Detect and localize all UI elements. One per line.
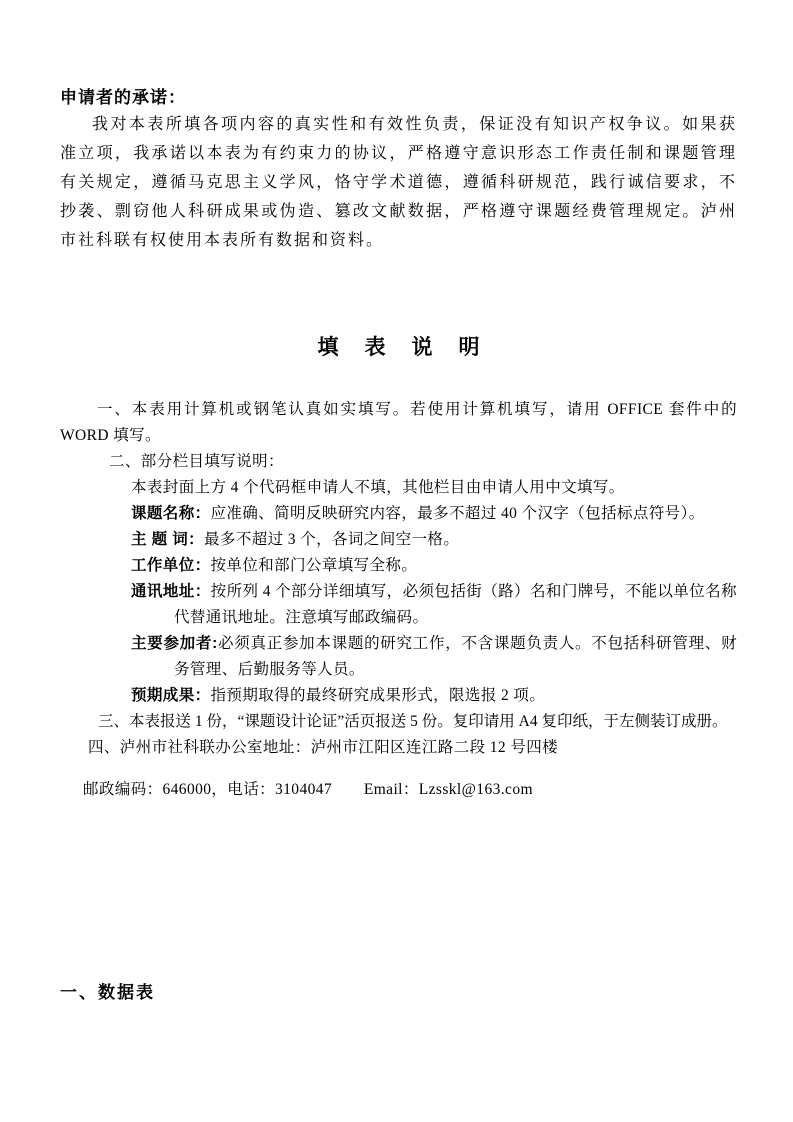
spec-text: 最多不超过 3 个，各词之间空一格。 — [204, 531, 459, 548]
spec-text: 指预期取得的最终研究成果形式，限选报 2 项。 — [211, 687, 546, 704]
spec-item-work-unit: 工作单位：按单位和部门公章填写全称。 — [60, 553, 737, 579]
spec-label: 主要参加者: — [131, 635, 218, 652]
instruction-item-3: 三、本表报送 1 份，“课题设计论证”活页报送 5 份。复印请用 A4 复印纸，… — [60, 709, 737, 735]
spec-item-expected-results: 预期成果：指预期取得的最终研究成果形式，限选报 2 项。 — [60, 683, 737, 709]
instruction-item-2: 二、部分栏目填写说明： — [60, 449, 737, 475]
spec-text: 应准确、简明反映研究内容，最多不超过 40 个汉字（包括标点符号）。 — [211, 505, 705, 522]
contact-info-line: 邮政编码：646000，电话：3104047 Email：Lzsskl@163.… — [60, 777, 737, 803]
instruction-item-2-note: 本表封面上方 4 个代码框申请人不填，其他栏目由申请人用中文填写。 — [60, 475, 737, 501]
instruction-item-4: 四、泸州市社科联办公室地址：泸州市江阳区连江路二段 12 号四楼 — [60, 735, 737, 761]
spec-label: 课题名称： — [131, 505, 211, 522]
spec-item-main-participants: 主要参加者:必须真正参加本课题的研究工作，不含课题负责人。不包括科研管理、财务管… — [60, 631, 737, 683]
form-instructions-title: 填表说明 — [60, 333, 737, 363]
spec-label: 工作单位： — [131, 557, 211, 574]
data-table-section-heading: 一、数据表 — [60, 981, 737, 1005]
spec-item-topic-name: 课题名称：应准确、简明反映研究内容，最多不超过 40 个汉字（包括标点符号）。 — [60, 501, 737, 527]
instruction-item-1: 一、本表用计算机或钢笔认真如实填写。若使用计算机填写，请用 OFFICE 套件中… — [60, 397, 737, 449]
document-page: 申请者的承诺： 我对本表所填各项内容的真实性和有效性负责，保证没有知识产权争议。… — [0, 0, 793, 1122]
applicant-commitment-text: 我对本表所填各项内容的真实性和有效性负责，保证没有知识产权争议。如果获准立项，我… — [60, 110, 737, 255]
spec-item-mailing-address: 通讯地址：按所列 4 个部分详细填写，必须包括街（路）名和门牌号，不能以单位名称… — [60, 579, 737, 631]
spec-text: 按所列 4 个部分详细填写，必须包括街（路）名和门牌号，不能以单位名称代替通讯地… — [174, 583, 737, 626]
applicant-commitment-heading: 申请者的承诺： — [60, 86, 737, 110]
spec-label: 预期成果： — [131, 687, 211, 704]
spec-label: 通讯地址： — [131, 583, 211, 600]
spec-item-keywords: 主 题 词：最多不超过 3 个，各词之间空一格。 — [60, 527, 737, 553]
form-instructions-list: 一、本表用计算机或钢笔认真如实填写。若使用计算机填写，请用 OFFICE 套件中… — [60, 397, 737, 803]
spec-label: 主 题 词： — [131, 531, 204, 548]
spec-text: 必须真正参加本课题的研究工作，不含课题负责人。不包括科研管理、财务管理、后勤服务… — [174, 635, 737, 678]
spec-text: 按单位和部门公章填写全称。 — [211, 557, 418, 574]
